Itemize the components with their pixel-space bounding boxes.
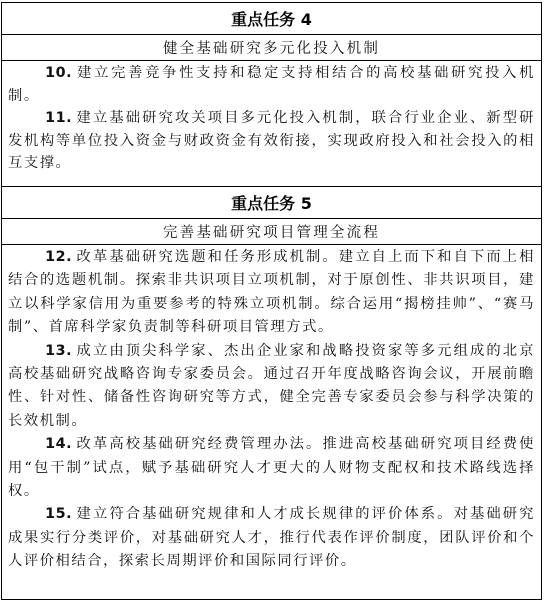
item-text: 建立符合基础研究规律和人才成长规律的评价体系。对基础研究成果实行分类评价，对基础… [8, 506, 535, 569]
item-number: 12. [45, 249, 72, 265]
item-text: 改革高校基础研究经费管理办法。推进高校基础研究项目经费使用“包干制”试点，赋予基… [8, 436, 535, 499]
task-4-body: 10.建立完善竞争性支持和稳定支持相结合的高校基础研究投入机制。 11.建立基础… [2, 61, 541, 187]
item-number: 11. [45, 110, 72, 126]
item-text: 建立基础研究攻关项目多元化投入机制，联合行业企业、新型研发机构等单位投入资金与财… [8, 110, 535, 171]
task-item-10: 10.建立完善竞争性支持和稳定支持相结合的高校基础研究投入机制。 [8, 62, 535, 107]
item-number: 15. [45, 506, 72, 522]
item-number: 14. [45, 436, 72, 452]
task-item-13: 13.成立由顶尖科学家、杰出企业家和战略投资家等多元组成的北京高校基础研究战略咨… [8, 340, 535, 434]
item-number: 10. [45, 65, 72, 81]
item-text: 改革基础研究选题和任务形成机制。建立自上而下和自下而上相结合的选题机制。探索非共… [8, 249, 535, 335]
task-5-subtitle: 完善基础研究项目管理全流程 [2, 219, 541, 245]
task-table: 重点任务 4 健全基础研究多元化投入机制 10.建立完善竞争性支持和稳定支持相结… [1, 2, 542, 600]
item-text: 建立完善竞争性支持和稳定支持相结合的高校基础研究投入机制。 [8, 65, 535, 104]
item-number: 13. [45, 343, 72, 359]
task-5-title: 重点任务 5 [2, 187, 541, 219]
task-4-title: 重点任务 4 [2, 3, 541, 35]
item-text: 成立由顶尖科学家、杰出企业家和战略投资家等多元组成的北京高校基础研究战略咨询专家… [8, 343, 535, 429]
task-item-15: 15.建立符合基础研究规律和人才成长规律的评价体系。对基础研究成果实行分类评价，… [8, 503, 535, 573]
task-item-11: 11.建立基础研究攻关项目多元化投入机制，联合行业企业、新型研发机构等单位投入资… [8, 107, 535, 175]
task-5-body: 12.改革基础研究选题和任务形成机制。建立自上而下和自下而上相结合的选题机制。探… [2, 245, 541, 599]
task-item-14: 14.改革高校基础研究经费管理办法。推进高校基础研究项目经费使用“包干制”试点，… [8, 433, 535, 503]
task-4-subtitle: 健全基础研究多元化投入机制 [2, 35, 541, 61]
task-item-12: 12.改革基础研究选题和任务形成机制。建立自上而下和自下而上相结合的选题机制。探… [8, 246, 535, 340]
